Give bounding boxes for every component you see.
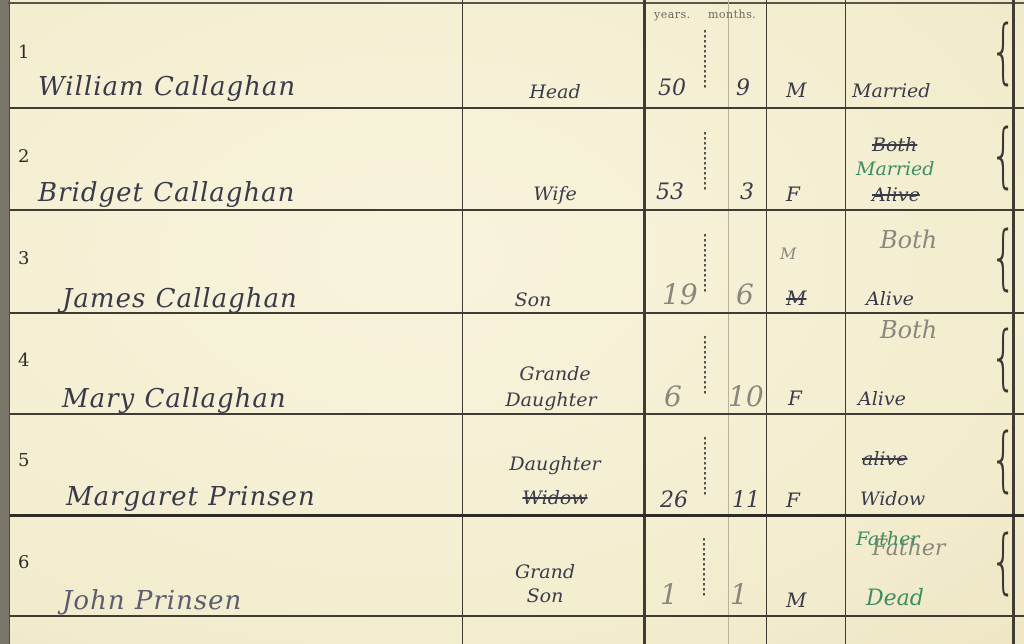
age-months: 6	[736, 278, 754, 311]
page-binding-edge	[0, 0, 10, 644]
row-rule	[10, 514, 1024, 517]
row-number: 2	[18, 146, 29, 167]
relation-to-head: Head	[470, 82, 640, 102]
condition: Dead	[866, 586, 924, 611]
condition: Married	[852, 80, 930, 102]
column-divider-condition	[845, 0, 846, 644]
header-years: years.	[654, 8, 691, 21]
age-years: 53	[656, 180, 684, 205]
header-months: months.	[708, 8, 756, 21]
relation-to-head: Grand	[460, 562, 630, 582]
person-name: Bridget Callaghan	[38, 178, 295, 208]
age-dotted-separator	[703, 538, 705, 596]
condition-struck: alive	[862, 448, 907, 470]
row-rule	[10, 209, 1024, 211]
column-divider-sex	[766, 0, 767, 644]
sex: F	[788, 386, 802, 410]
age-years: 19	[662, 278, 698, 311]
age-months: 9	[736, 76, 750, 101]
relation-to-head-line2: Son	[460, 586, 630, 606]
brace: {	[990, 120, 1017, 190]
row-number: 6	[18, 552, 29, 573]
column-divider-age	[643, 0, 646, 644]
condition-struck: Both	[872, 134, 917, 156]
person-name: William Callaghan	[38, 72, 296, 102]
sex: M	[786, 78, 806, 102]
age-dotted-separator	[704, 336, 706, 394]
sex: M	[786, 588, 806, 612]
relation-to-head: Son	[448, 290, 618, 310]
person-name: John Prinsen	[62, 586, 242, 616]
top-rule	[8, 2, 1024, 4]
age-years: 26	[660, 488, 688, 513]
row-number: 5	[18, 450, 29, 471]
age-dotted-separator	[704, 30, 706, 88]
age-years: 1	[660, 578, 678, 611]
sex: M	[786, 286, 806, 310]
row-number: 1	[18, 42, 29, 63]
row-rule	[10, 107, 1024, 109]
sex: F	[786, 488, 800, 512]
age-months: 11	[732, 488, 760, 513]
condition: Alive	[858, 388, 906, 410]
sex: F	[786, 182, 800, 206]
relation-to-head-line2: Widow	[470, 488, 640, 508]
column-divider-months	[728, 0, 729, 644]
condition-pencil: Both	[880, 226, 937, 254]
age-dotted-separator	[704, 234, 706, 292]
age-months: 3	[740, 180, 754, 205]
condition: Widow	[860, 488, 925, 510]
age-months: 10	[728, 380, 764, 413]
condition-green-correction: Father	[856, 528, 919, 550]
person-name: James Callaghan	[62, 284, 298, 314]
age-years: 6	[664, 380, 682, 413]
condition-green-correction: Married	[856, 158, 934, 180]
condition: Alive	[872, 184, 920, 206]
relation-to-head: Wife	[470, 184, 640, 204]
brace: {	[990, 322, 1017, 392]
relation-to-head: Grande	[470, 364, 640, 384]
person-name: Mary Callaghan	[62, 384, 287, 414]
census-sheet: years. months. { { { { { { 1 William Cal…	[0, 0, 1024, 644]
row-number: 4	[18, 350, 29, 371]
brace: {	[990, 424, 1017, 494]
age-months: 1	[730, 578, 748, 611]
person-name: Margaret Prinsen	[66, 482, 316, 512]
row-number: 3	[18, 248, 29, 269]
sex-pencil: M	[780, 244, 796, 263]
brace: {	[990, 16, 1017, 86]
age-dotted-separator	[704, 437, 706, 495]
column-divider-relation	[462, 0, 463, 644]
brace: {	[990, 222, 1017, 292]
condition: Alive	[866, 288, 914, 310]
condition-pencil: Both	[880, 316, 937, 344]
relation-to-head-line2: Daughter	[466, 390, 636, 410]
age-dotted-separator	[704, 132, 706, 190]
brace: {	[990, 526, 1017, 596]
relation-to-head: Daughter	[470, 454, 640, 474]
age-years: 50	[658, 76, 686, 101]
